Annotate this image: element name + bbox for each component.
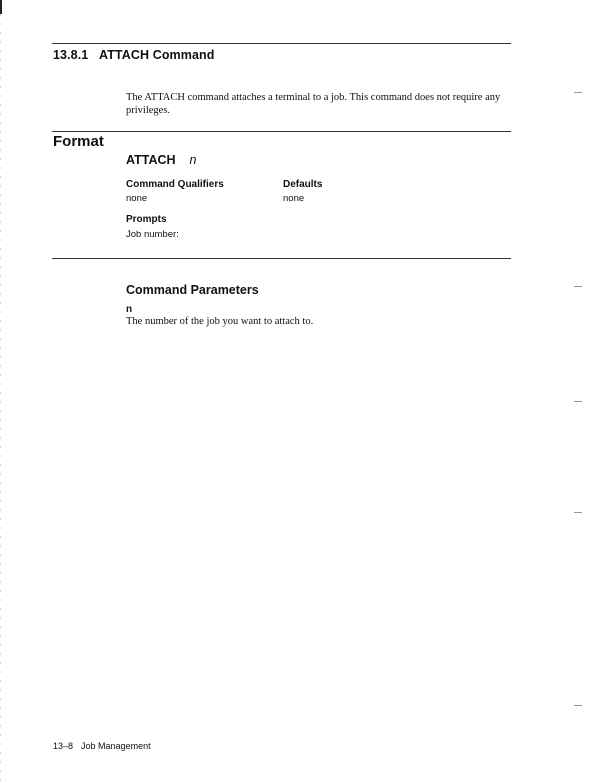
parameter-name: n <box>126 304 132 315</box>
command-syntax: ATTACHn <box>126 153 196 167</box>
command-name: ATTACH <box>126 153 176 167</box>
defaults-heading: Defaults <box>283 179 322 190</box>
margin-mark <box>574 512 582 513</box>
section-number: 13.8.1 <box>53 48 99 62</box>
parameters-heading: Command Parameters <box>126 283 259 297</box>
margin-mark <box>574 286 582 287</box>
page-footer: 13–8Job Management <box>53 741 151 751</box>
section-description: The ATTACH command attaches a terminal t… <box>126 91 506 117</box>
section-heading: 13.8.1ATTACH Command <box>53 48 215 62</box>
footer-chapter: Job Management <box>81 741 151 751</box>
qualifiers-value: none <box>126 193 147 204</box>
section-top-rule <box>52 43 511 44</box>
scan-edge-dots <box>0 14 1 783</box>
qualifiers-heading: Command Qualifiers <box>126 179 224 190</box>
scan-edge-mark <box>0 0 2 14</box>
prompts-heading: Prompts <box>126 214 167 225</box>
defaults-value: none <box>283 193 304 204</box>
parameter-description: The number of the job you want to attach… <box>126 316 313 327</box>
command-parameter: n <box>190 153 197 167</box>
prompts-value: Job number: <box>126 229 179 240</box>
format-rule <box>52 131 511 132</box>
margin-mark <box>574 401 582 402</box>
footer-page-number: 13–8 <box>53 741 73 751</box>
format-heading: Format <box>53 133 104 150</box>
section-title: ATTACH Command <box>99 48 215 62</box>
margin-mark <box>574 92 582 93</box>
parameters-rule <box>52 258 511 259</box>
margin-mark <box>574 705 582 706</box>
